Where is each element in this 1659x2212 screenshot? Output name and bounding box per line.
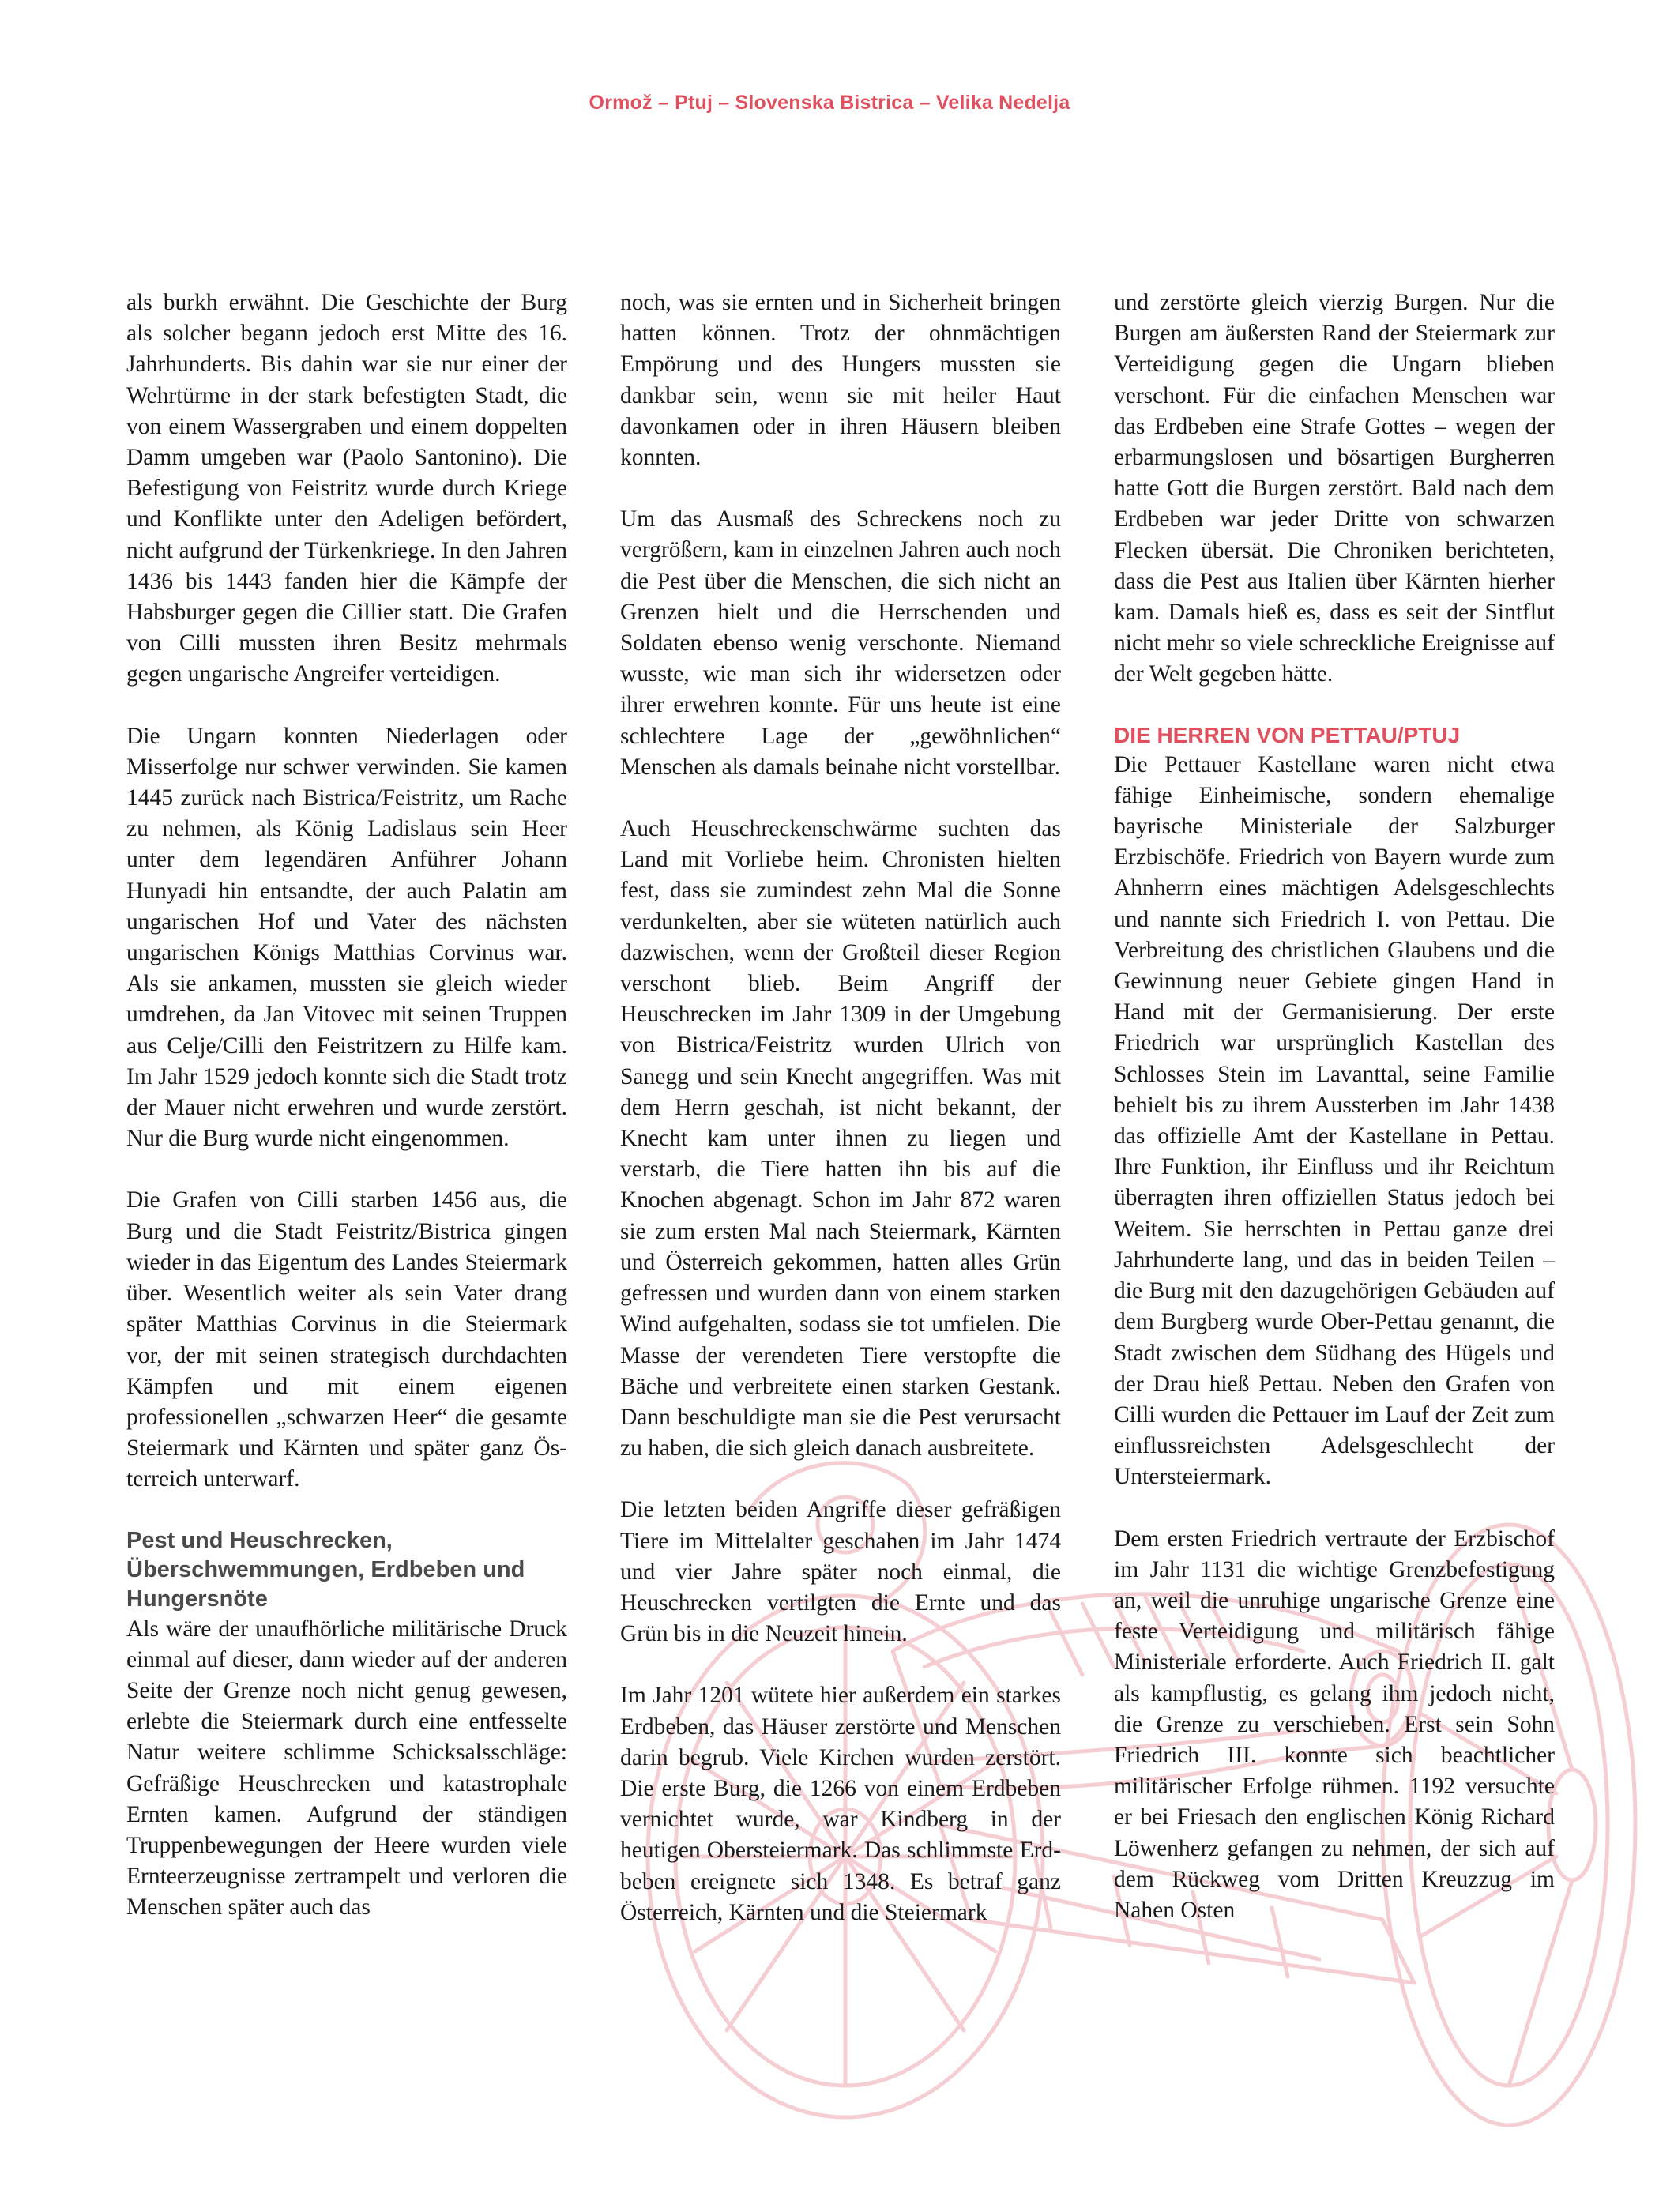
paragraph: als burkh erwähnt. Die Geschichte der Bu… [126,288,567,690]
paragraph: Auch Heuschreckenschwärme suchten das La… [620,814,1061,1464]
text-column-1: als burkh erwähnt. Die Geschichte der Bu… [126,288,567,1924]
paragraph: und zerstörte gleich vierzig Burgen. Nur… [1114,288,1555,690]
section-heading-herren-von-pettau: Die Herren von Pettau/Ptuj [1114,721,1555,750]
paragraph: Um das Ausmaß des Schreckens noch zu ver… [620,504,1061,783]
paragraph: noch, was sie ernten und in Sicherheit b… [620,288,1061,473]
paragraph: Die Ungarn konnten Niederlagen oder Miss… [126,721,567,1155]
paragraph: Die letzten beiden Angriffe dieser gefrä… [620,1495,1061,1650]
text-column-2: noch, was sie ernten und in Sicherheit b… [620,288,1061,1928]
paragraph: Als wäre der unaufhörliche militärische … [126,1614,567,1924]
paragraph: Die Pettauer Kastellane waren nicht etwa… [1114,750,1555,1493]
section-heading-pest-und-heuschrecken: Pest und Heuschrecken, Überschwemmungen,… [126,1526,567,1614]
running-header: Ormož – Ptuj – Slovenska Bistrica – Veli… [0,92,1659,115]
paragraph: Dem ersten Friedrich vertraute der Erz­b… [1114,1524,1555,1927]
paragraph: Die Grafen von Cilli starben 1456 aus, d… [126,1185,567,1495]
text-column-3: und zerstörte gleich vierzig Burgen. Nur… [1114,288,1555,1926]
paragraph: Im Jahr 1201 wütete hier außerdem ein st… [620,1680,1061,1928]
